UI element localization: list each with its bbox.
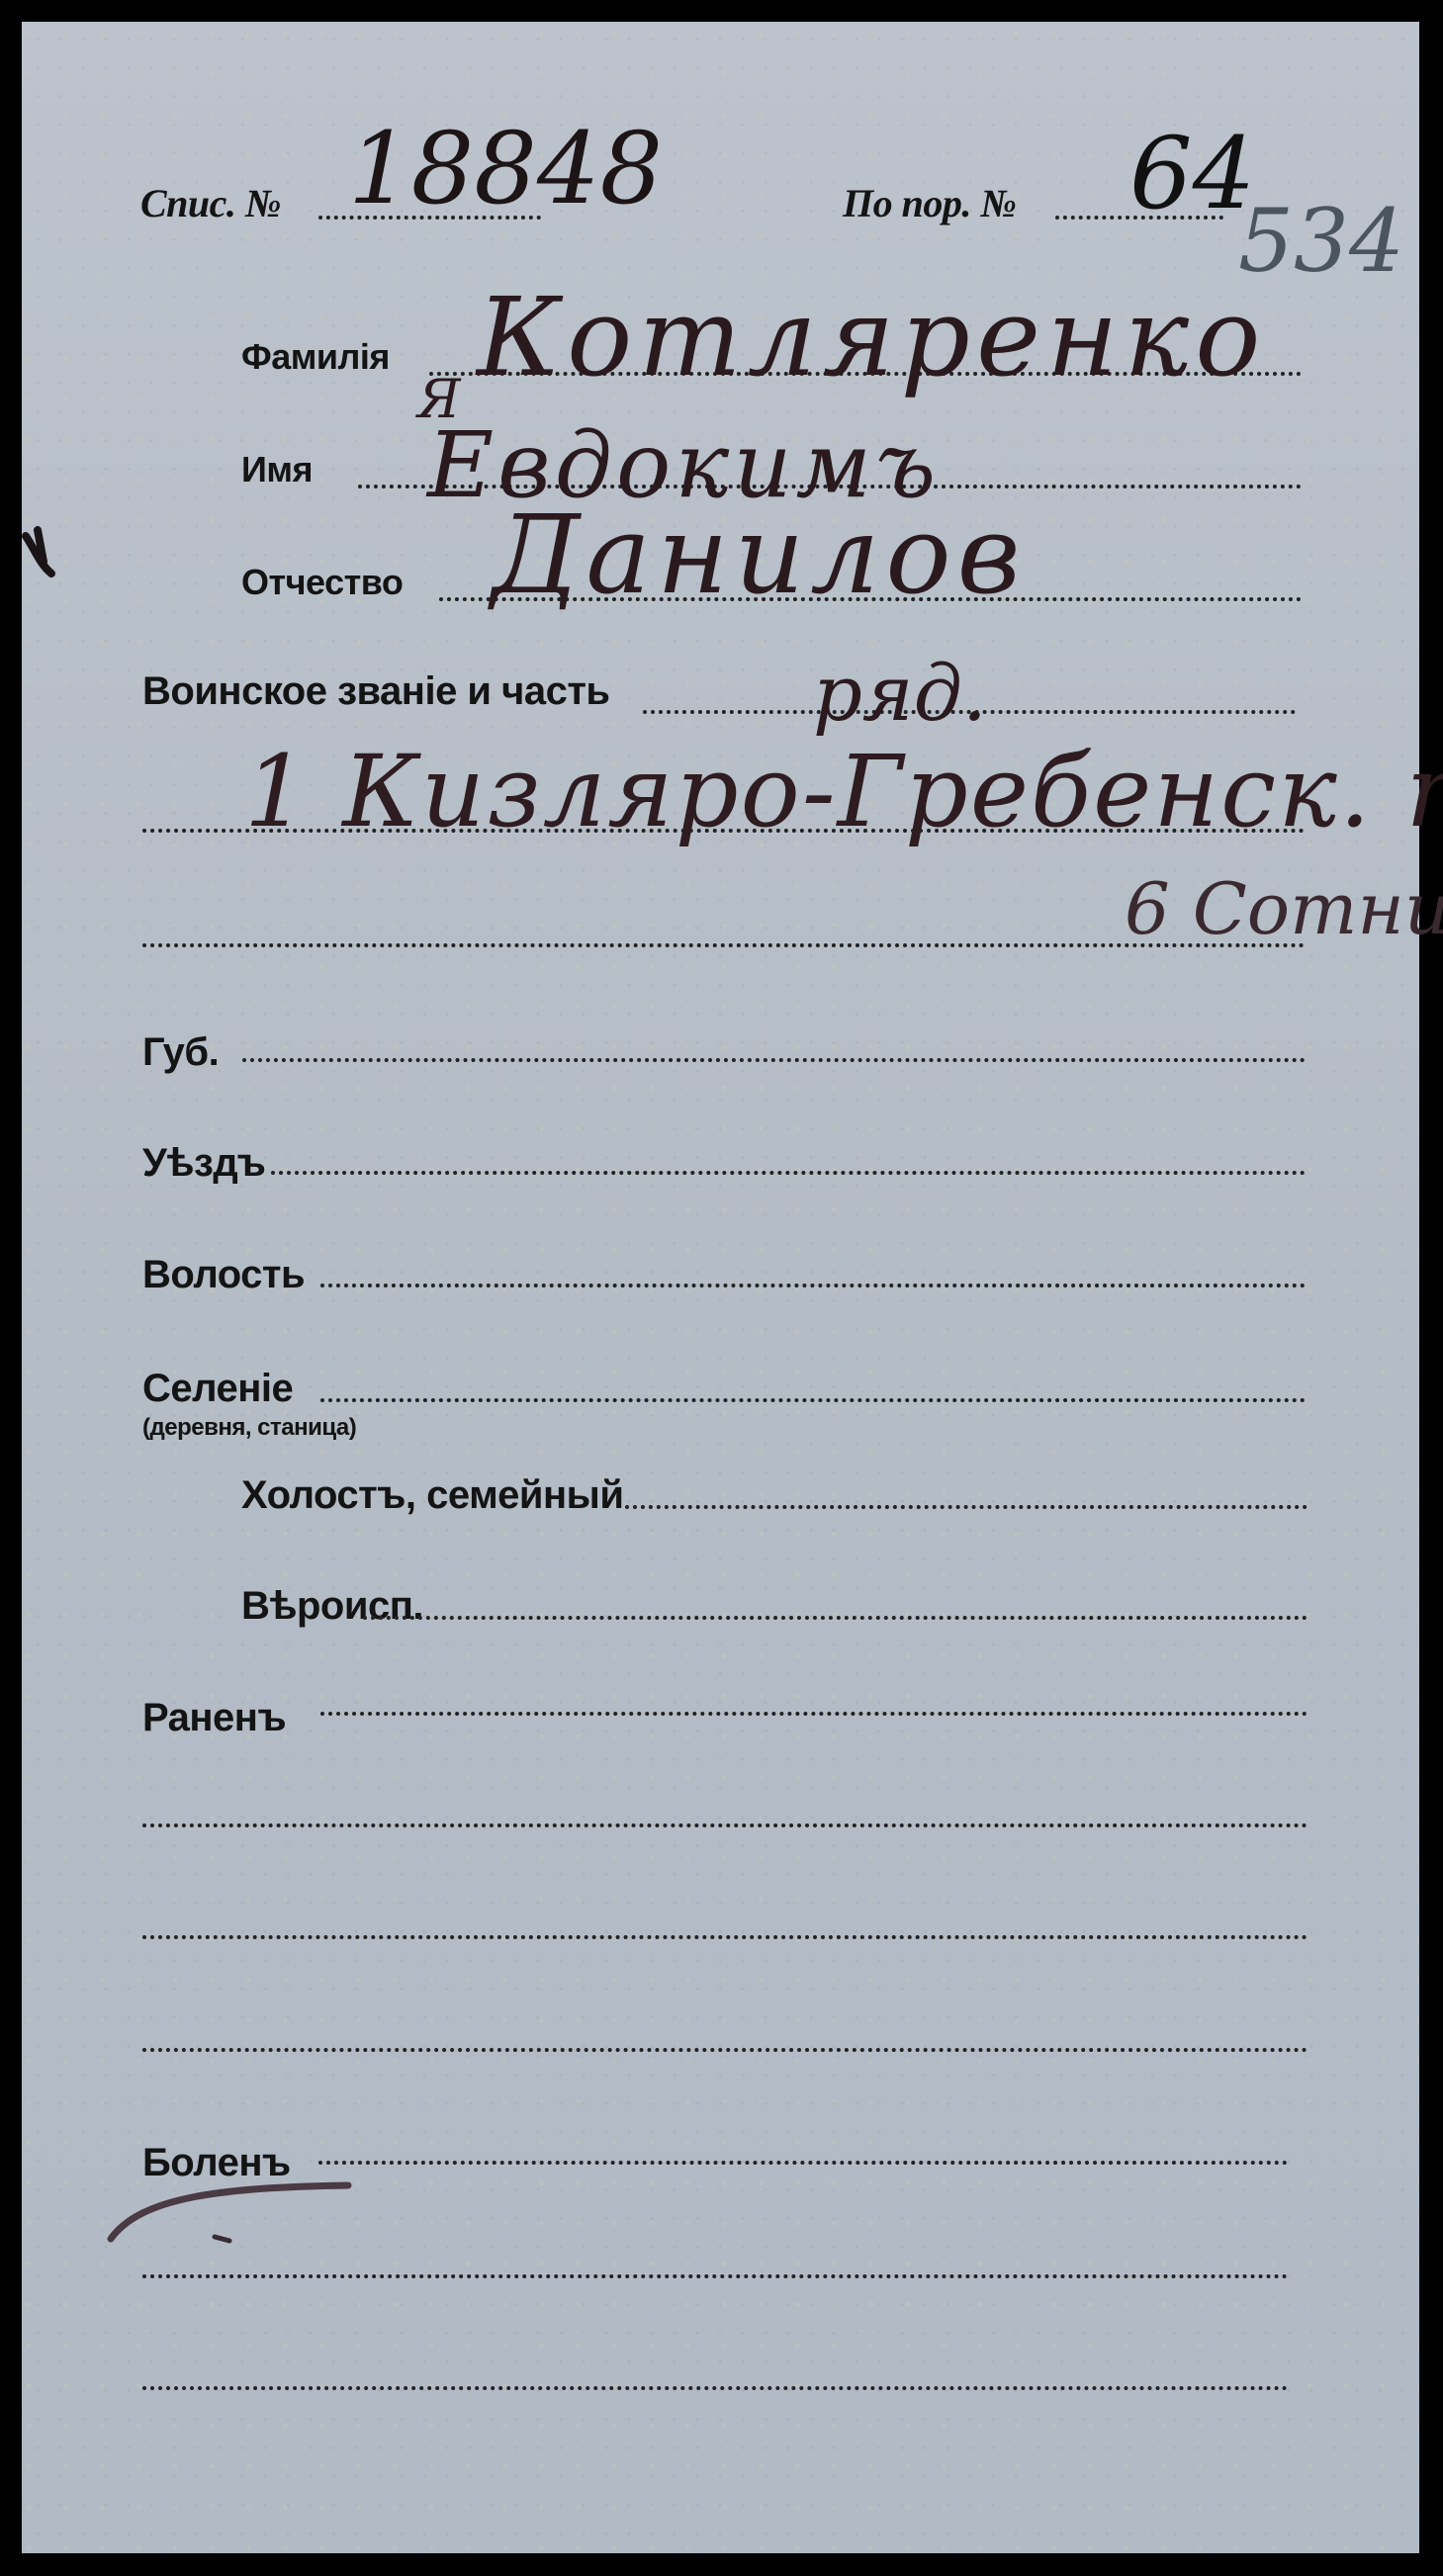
list-number-value: 18848 xyxy=(348,111,663,226)
surname-value: Котляренко xyxy=(477,274,1266,400)
uezd-label: Уѣздъ xyxy=(142,1141,265,1186)
religion-line xyxy=(363,1616,1308,1620)
selenie-sublabel: (деревня, станица) xyxy=(142,1414,356,1442)
rank-value: ряд. xyxy=(813,650,987,739)
sick-line-1 xyxy=(318,2161,1288,2165)
wounded-line-2 xyxy=(142,1823,1308,1827)
unit-line-1-value: 1 Кизляро-Гребенск. п. xyxy=(244,734,1443,849)
record-card: Спис. № 18848 По пор. № 64 534 Фамилія К… xyxy=(22,22,1419,2553)
patronymic-label: Отчество xyxy=(241,562,403,603)
religion-label: Вѣроисп. xyxy=(241,1584,423,1629)
marital-line xyxy=(625,1505,1308,1509)
gubernia-label: Губ. xyxy=(142,1030,219,1075)
unit-line-2-value: 6 Сотни. xyxy=(1125,867,1443,950)
surname-label: Фамилія xyxy=(241,336,390,378)
list-number-label: Спис. № xyxy=(140,180,281,226)
selenie-line xyxy=(320,1398,1306,1402)
selenie-label: Селеніе xyxy=(142,1367,293,1411)
wounded-line-1 xyxy=(320,1712,1308,1716)
order-number-label: По пор. № xyxy=(843,180,1016,226)
gubernia-line xyxy=(242,1058,1306,1062)
rank-unit-label: Воинское званіе и часть xyxy=(142,669,610,714)
order-number-value: 64 xyxy=(1129,116,1255,231)
uezd-line xyxy=(271,1171,1306,1175)
patronymic-value: Данилов xyxy=(492,491,1027,618)
pen-stroke-mark xyxy=(101,2168,358,2286)
volost-line xyxy=(320,1284,1306,1288)
name-label: Имя xyxy=(241,449,313,490)
wounded-label: Раненъ xyxy=(142,1696,286,1740)
marital-label: Холостъ, семейный xyxy=(241,1473,623,1518)
wounded-line-3 xyxy=(142,1935,1308,1939)
volost-label: Волость xyxy=(142,1253,305,1297)
margin-ink-mark xyxy=(22,526,61,585)
sick-line-3 xyxy=(142,2386,1288,2390)
wounded-line-4 xyxy=(142,2048,1308,2052)
